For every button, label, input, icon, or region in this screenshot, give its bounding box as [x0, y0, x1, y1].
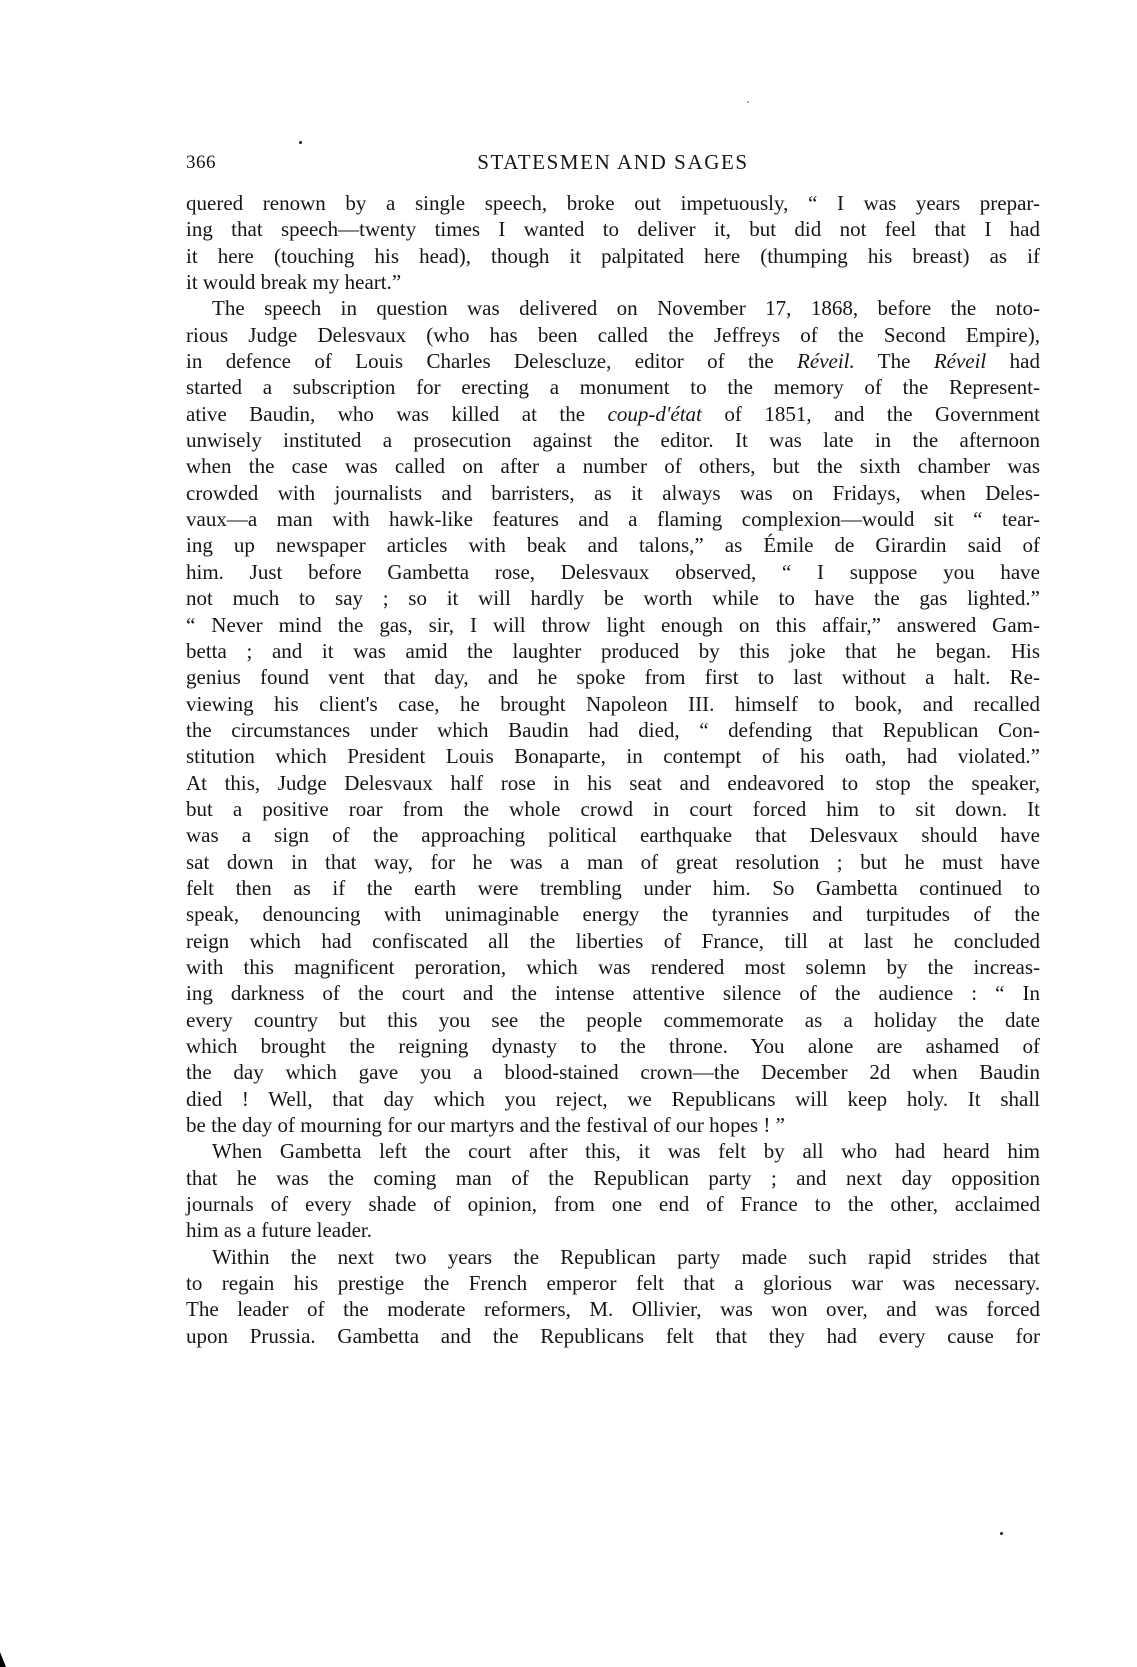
running-head: STATESMEN AND SAGES	[186, 150, 1040, 175]
text-line: genius found vent that day, and he spoke…	[186, 664, 1040, 690]
italic-term: Réveil	[934, 349, 986, 373]
text-line: stitution which President Louis Bonapart…	[186, 743, 1040, 769]
text-line: vaux—a man with hawk-like features and a…	[186, 506, 1040, 532]
text-line: When Gambetta left the court after this,…	[186, 1138, 1040, 1164]
text-line: ing darkness of the court and the intens…	[186, 980, 1040, 1006]
text-line: that he was the coming man of the Republ…	[186, 1165, 1040, 1191]
text-line: to regain his prestige the French empero…	[186, 1270, 1040, 1296]
italic-term: Réveil.	[797, 349, 855, 373]
text-line: unwisely instituted a prosecution agains…	[186, 427, 1040, 453]
text-line: started a subscription for erecting a mo…	[186, 374, 1040, 400]
text-line: Within the next two years the Republican…	[186, 1244, 1040, 1270]
text-line: was a sign of the approaching political …	[186, 822, 1040, 848]
text-line: ative Baudin, who was killed at the coup…	[186, 401, 1040, 427]
body-text: quered renown by a single speech, broke …	[186, 190, 1040, 1349]
text-line: when the case was called on after a numb…	[186, 453, 1040, 479]
text-line: the circumstances under which Baudin had…	[186, 717, 1040, 743]
text-line: upon Prussia. Gambetta and the Republica…	[186, 1323, 1040, 1349]
text-line: which brought the reigning dynasty to th…	[186, 1033, 1040, 1059]
page-header: 366 STATESMEN AND SAGES	[186, 152, 1040, 178]
text-line: journals of every shade of opinion, from…	[186, 1191, 1040, 1217]
text-line: sat down in that way, for he was a man o…	[186, 849, 1040, 875]
text-line: in defence of Louis Charles Delescluze, …	[186, 348, 1040, 374]
italic-term: coup-d'état	[608, 402, 702, 426]
scan-speck	[747, 101, 749, 103]
text-line: felt then as if the earth were trembling…	[186, 875, 1040, 901]
text-line: speak, denouncing with unimaginable ener…	[186, 901, 1040, 927]
text-line: but a positive roar from the whole crowd…	[186, 796, 1040, 822]
text-line: not much to say ; so it will hardly be w…	[186, 585, 1040, 611]
text-line: viewing his client's case, he brought Na…	[186, 691, 1040, 717]
text-line: it here (touching his head), though it p…	[186, 243, 1040, 269]
scan-speck	[1000, 1532, 1003, 1535]
text-line: ing that speech—twenty times I wanted to…	[186, 216, 1040, 242]
text-line: quered renown by a single speech, broke …	[186, 190, 1040, 216]
text-line: reign which had confiscated all the libe…	[186, 928, 1040, 954]
text-line: ing up newspaper articles with beak and …	[186, 532, 1040, 558]
text-line: it would break my heart.”	[186, 269, 1040, 295]
text-line: The leader of the moderate reformers, M.…	[186, 1296, 1040, 1322]
text-line: him. Just before Gambetta rose, Delesvau…	[186, 559, 1040, 585]
text-line: with this magnificent peroration, which …	[186, 954, 1040, 980]
text-line: crowded with journalists and barristers,…	[186, 480, 1040, 506]
text-line: betta ; and it was amid the laughter pro…	[186, 638, 1040, 664]
text-line: rious Judge Delesvaux (who has been call…	[186, 322, 1040, 348]
scan-speck	[299, 141, 302, 144]
text-line: At this, Judge Delesvaux half rose in hi…	[186, 770, 1040, 796]
text-line: The speech in question was delivered on …	[186, 295, 1040, 321]
text-line: every country but this you see the peopl…	[186, 1007, 1040, 1033]
scan-edge-mark	[0, 1652, 6, 1667]
text-line: “ Never mind the gas, sir, I will throw …	[186, 612, 1040, 638]
text-line: died ! Well, that day which you reject, …	[186, 1086, 1040, 1112]
text-line: the day which gave you a blood-stained c…	[186, 1059, 1040, 1085]
text-line: be the day of mourning for our martyrs a…	[186, 1112, 1040, 1138]
text-line: him as a future leader.	[186, 1217, 1040, 1243]
